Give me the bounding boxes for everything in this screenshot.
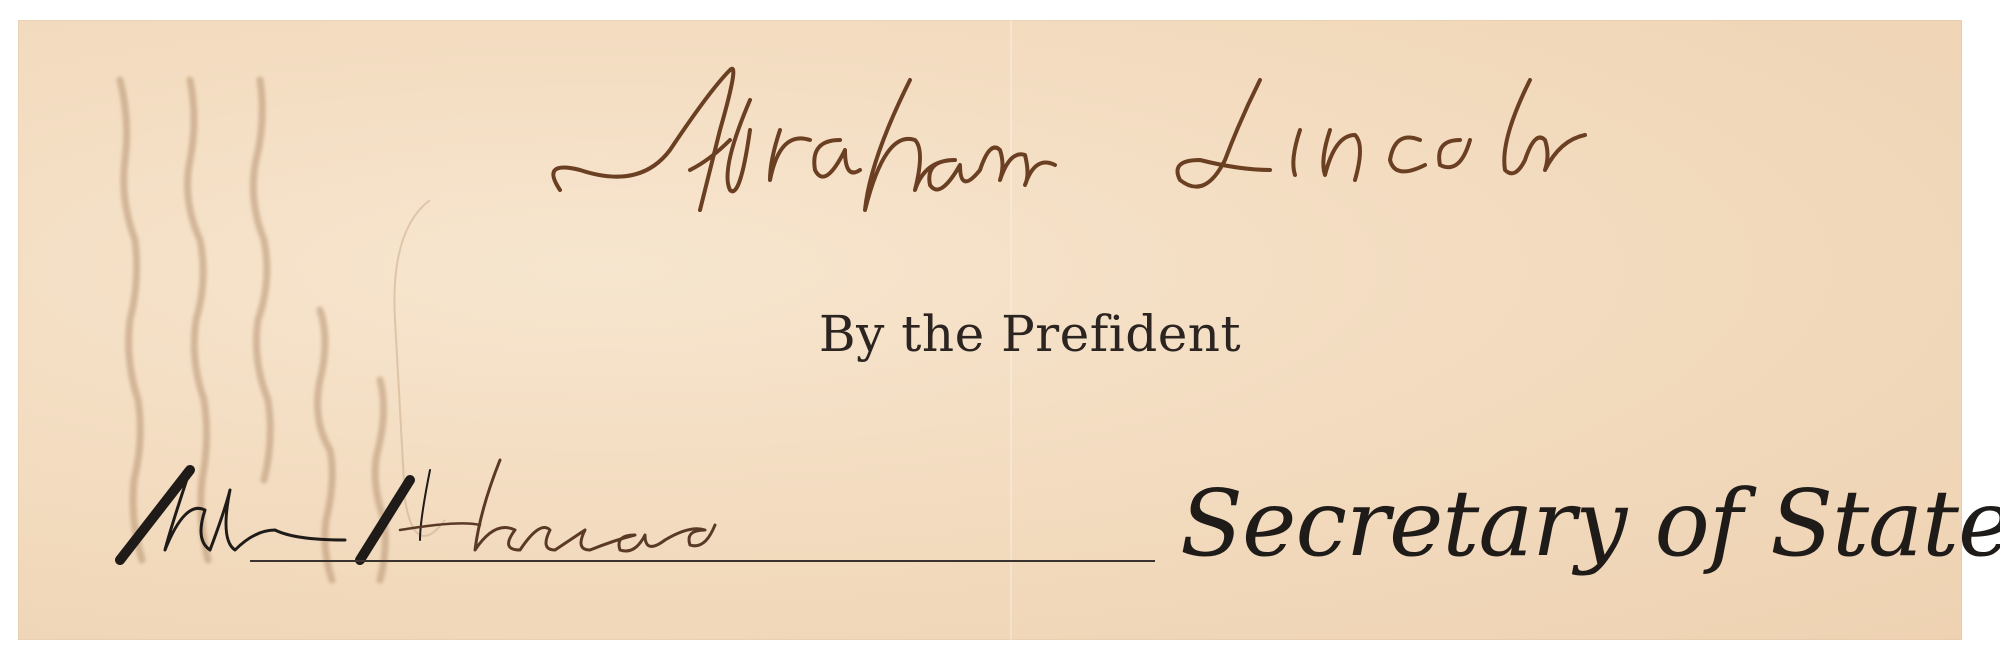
engraved-secretary-of-state: Secretary of State xyxy=(1180,470,2000,577)
signature-rule-line xyxy=(250,560,1155,562)
lincoln-signature xyxy=(540,60,1740,230)
printed-by-the-president: By the Prefident xyxy=(0,305,2000,363)
seward-signature xyxy=(100,430,1160,590)
